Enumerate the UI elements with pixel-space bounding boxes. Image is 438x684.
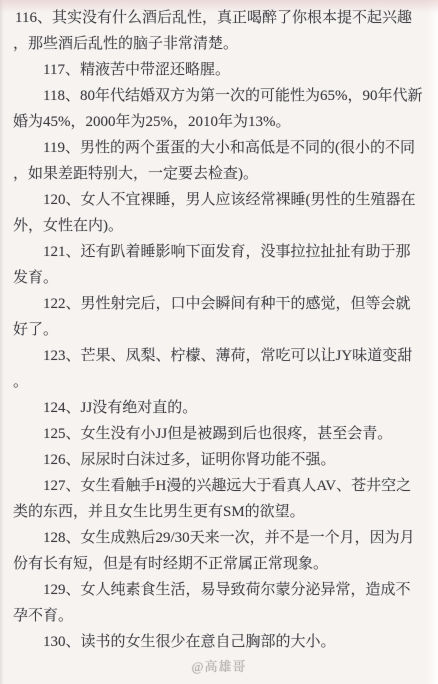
item-separator: 、 <box>66 582 81 598</box>
item-number: 125 <box>43 426 66 442</box>
item-number: 120 <box>43 192 66 208</box>
item-separator: 、 <box>66 244 81 260</box>
list-item: 118、80年代结婚双方为第一次的可能性为65%，90年代新婚为45%，2000… <box>13 83 425 135</box>
item-separator: 、 <box>66 478 81 494</box>
item-text: 尿尿时白沫过多，证明你肾功能不强。 <box>81 452 336 468</box>
item-number: 129 <box>43 582 66 598</box>
item-number: 118 <box>43 88 65 104</box>
item-separator: 、 <box>66 634 81 650</box>
item-separator: 、 <box>66 296 81 312</box>
page: 116、其实没有什么酒后乱性，真正喝醉了你根本提不起兴趣，那些酒后乱性的脑子非常… <box>0 0 438 684</box>
item-separator: 、 <box>65 88 80 104</box>
item-number: 123 <box>43 348 66 364</box>
item-separator: 、 <box>65 140 80 156</box>
list-item: 117、精液苦中带涩还略腥。 <box>13 57 425 83</box>
list-item: 123、芒果、凤梨、柠檬、薄荷，常吃可以让JY味道变甜。 <box>13 343 425 395</box>
item-number: 124 <box>43 400 66 416</box>
item-number: 119 <box>43 140 65 156</box>
item-number: 117 <box>43 62 65 78</box>
item-separator: 、 <box>66 452 81 468</box>
list-item: 121、还有趴着睡影响下面发育，没事拉拉扯扯有助于那发育。 <box>13 239 425 291</box>
list-item: 124、JJ没有绝对直的。 <box>13 395 425 421</box>
item-text: 女生没有小JJ但是被踢到后也很疼，甚至会青。 <box>81 426 393 442</box>
list-item: 128、女生成熟后29/30天来一次，并不是一个月，因为月份有长有短，但是有时经… <box>13 525 425 577</box>
item-number: 130 <box>43 634 66 650</box>
item-text: 精液苦中带涩还略腥。 <box>80 62 230 78</box>
list-item: 119、男性的两个蛋蛋的大小和高低是不同的(很小的不同，如果差距特别大，一定要去… <box>13 135 425 187</box>
item-text: JJ没有绝对直的。 <box>81 400 198 416</box>
list-item: 130、读书的女生很少在意自己胸部的大小。 <box>13 629 425 655</box>
item-separator: 、 <box>66 192 81 208</box>
item-number: 121 <box>43 244 66 260</box>
item-text: 其实没有什么酒后乱性，真正喝醉了你根本提不起兴趣，那些酒后乱性的脑子非常清楚。 <box>13 10 412 52</box>
watermark: @高雄哥 <box>13 656 425 678</box>
item-number: 116 <box>15 10 37 26</box>
list-item: 126、尿尿时白沫过多，证明你肾功能不强。 <box>13 447 425 473</box>
item-text: 读书的女生很少在意自己胸部的大小。 <box>81 634 336 650</box>
item-separator: 、 <box>65 62 80 78</box>
item-separator: 、 <box>66 348 81 364</box>
list-item: 122、男性射完后，口中会瞬间有种干的感觉，但等会就好了。 <box>13 291 425 343</box>
item-separator: 、 <box>37 10 52 26</box>
item-separator: 、 <box>66 426 81 442</box>
list-item: 125、女生没有小JJ但是被踢到后也很疼，甚至会青。 <box>13 421 425 447</box>
item-separator: 、 <box>66 400 81 416</box>
item-number: 126 <box>43 452 66 468</box>
list-item: 127、女生看触手H漫的兴趣远大于看真人AV、苍井空之类的东西，并且女生比男生更… <box>13 473 425 525</box>
list-item: 120、女人不宜裸睡，男人应该经常裸睡(男性的生殖器在外，女性在内)。 <box>13 187 425 239</box>
fact-list: 116、其实没有什么酒后乱性，真正喝醉了你根本提不起兴趣，那些酒后乱性的脑子非常… <box>13 5 425 655</box>
item-number: 128 <box>43 530 66 546</box>
item-number: 122 <box>43 296 66 312</box>
list-item: 116、其实没有什么酒后乱性，真正喝醉了你根本提不起兴趣，那些酒后乱性的脑子非常… <box>13 5 425 57</box>
item-number: 127 <box>43 478 66 494</box>
list-item: 129、女人纯素食生活，易导致荷尔蒙分泌异常，造成不孕不育。 <box>13 577 425 629</box>
item-separator: 、 <box>66 530 81 546</box>
